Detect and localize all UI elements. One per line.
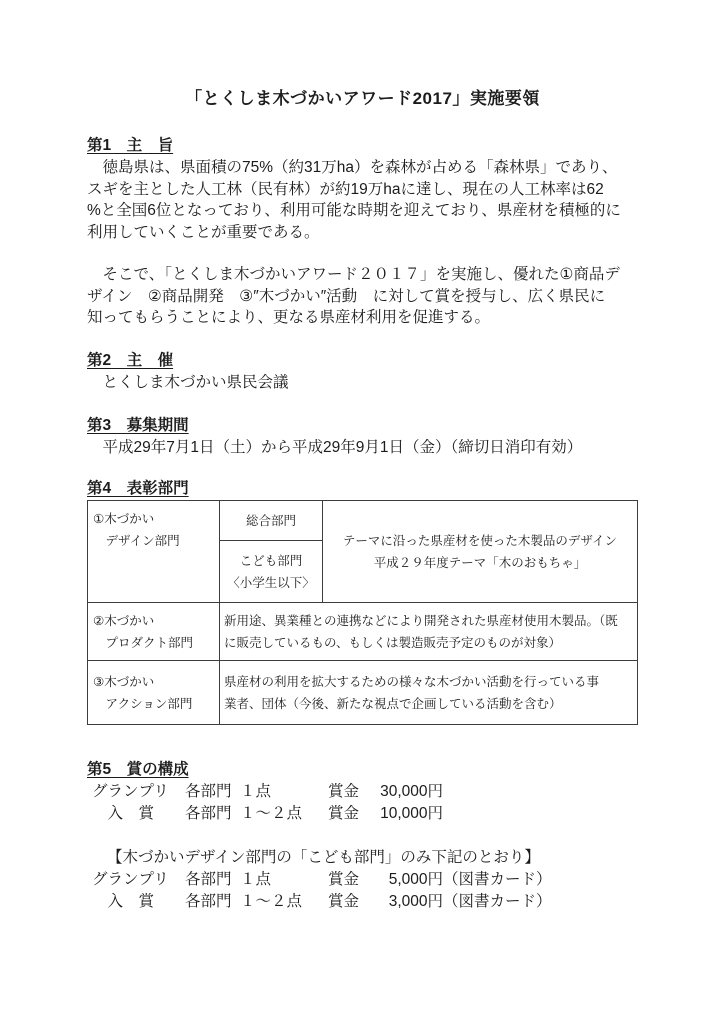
prize-label: 賞金	[328, 869, 377, 891]
section-1-heading: 第1 主 旨	[87, 135, 173, 157]
prize-line-grandprix: グランプリ 各部門 １点 賞金 30,000円	[87, 781, 638, 803]
prize-qty: １～２点	[240, 891, 328, 913]
prize-line-runnerup: 入 賞 各部門 １～２点 賞金 10,000円	[87, 803, 638, 825]
prize-rank: グランプリ	[92, 781, 185, 803]
category-design-description-cell: テーマに沿った県産材を使った木製品のデザイン 平成２９年度テーマ「木のおもちゃ」	[323, 501, 638, 603]
document-page: 「とくしま木づかいアワード2017」実施要領 第1 主 旨 徳島県は、県面積の7…	[0, 0, 724, 1024]
prize-label: 賞金	[328, 891, 377, 913]
prize-rank: グランプリ	[92, 869, 185, 891]
prize-dept: 各部門	[185, 869, 240, 891]
section-2-heading: 第2 主 催	[87, 350, 173, 372]
prize-amount: 5,000円	[377, 869, 443, 891]
subcategory-kids-cell: こども部門 〈小学生以下〉	[220, 541, 323, 603]
section-3-heading: 第3 募集期間	[87, 415, 189, 437]
category-action-cell: ③木づかい アクション部門	[88, 661, 220, 725]
category-design-cell: ①木づかい デザイン部門	[88, 501, 220, 603]
table-row: ②木づかい プロダクト部門 新用途、異業種との連携などにより開発された県産材使用…	[88, 603, 638, 661]
kids-division-note: 【木づかいデザイン部門の「こども部門」のみ下記のとおり】	[87, 847, 638, 869]
section-1-paragraph-2: そこで、「とくしま木づかいアワード２０１７」を実施し、優れた①商品デ ザイン ②…	[87, 264, 638, 329]
category-product-cell: ②木づかい プロダクト部門	[88, 603, 220, 661]
prize-note: （図書カード）	[443, 869, 552, 891]
subcategory-general-cell: 総合部門	[220, 501, 323, 541]
prize-label: 賞金	[328, 781, 377, 803]
category-action-description-cell: 県産材の利用を拡大するための様々な木づかい活動を行っている事 業者、団体（今後、…	[220, 661, 638, 725]
section-2-body: とくしま木づかい県民会議	[87, 372, 638, 394]
document-content: 「とくしま木づかいアワード2017」実施要領 第1 主 旨 徳島県は、県面積の7…	[0, 88, 724, 913]
prize-amount: 3,000円	[377, 891, 443, 913]
table-row: ①木づかい デザイン部門 総合部門 テーマに沿った県産材を使った木製品のデザイン…	[88, 501, 638, 541]
prize-dept: 各部門	[185, 891, 240, 913]
prize-qty: １～２点	[240, 803, 328, 825]
prize-line-kids-runnerup: 入 賞 各部門 １～２点 賞金 3,000円 （図書カード）	[87, 891, 638, 913]
prize-rank: 入 賞	[92, 803, 185, 825]
section-3-body: 平成29年7月1日（土）から平成29年9月1日（金）（締切日消印有効）	[87, 437, 638, 459]
prize-amount: 30,000円	[377, 781, 443, 803]
prize-dept: 各部門	[185, 803, 240, 825]
table-row: ③木づかい アクション部門 県産材の利用を拡大するための様々な木づかい活動を行っ…	[88, 661, 638, 725]
prize-label: 賞金	[328, 803, 377, 825]
section-1-paragraph-1: 徳島県は、県面積の75%（約31万ha）を森林が占める「森林県」であり、 スギを…	[87, 157, 638, 244]
document-title: 「とくしま木づかいアワード2017」実施要領	[87, 88, 638, 110]
section-5-heading: 第5 賞の構成	[87, 759, 189, 781]
prize-qty: １点	[240, 869, 328, 891]
section-4-heading: 第4 表彰部門	[87, 478, 189, 500]
prize-qty: １点	[240, 781, 328, 803]
prize-dept: 各部門	[185, 781, 240, 803]
prize-note: （図書カード）	[443, 891, 552, 913]
award-category-table: ①木づかい デザイン部門 総合部門 テーマに沿った県産材を使った木製品のデザイン…	[87, 500, 638, 725]
prize-line-kids-grandprix: グランプリ 各部門 １点 賞金 5,000円 （図書カード）	[87, 869, 638, 891]
prize-rank: 入 賞	[92, 891, 185, 913]
category-product-description-cell: 新用途、異業種との連携などにより開発された県産材使用木製品。（既 に販売している…	[220, 603, 638, 661]
prize-amount: 10,000円	[377, 803, 443, 825]
